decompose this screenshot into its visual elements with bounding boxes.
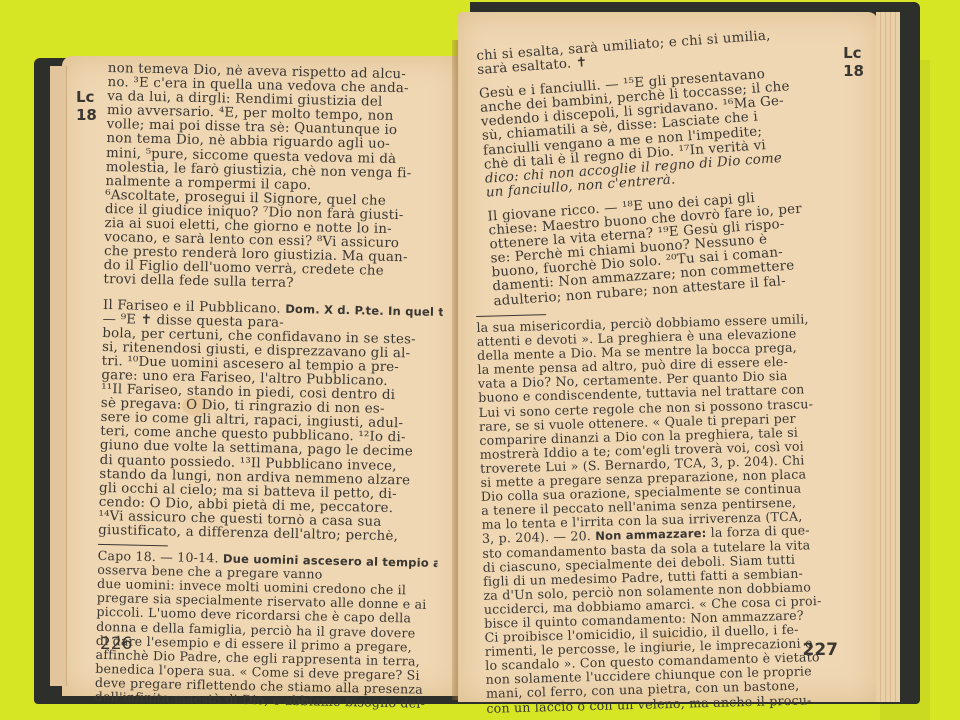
left-page-edges: [50, 66, 67, 686]
right-page-edges: [876, 12, 900, 702]
left-page: Lc 18 non temeva Dio, nè aveva rispetto …: [62, 56, 462, 696]
footnote-separator: [98, 544, 168, 546]
running-reference: Lc 18: [76, 88, 97, 124]
chapter-number: 18: [76, 106, 97, 124]
page-number: 226: [100, 634, 132, 654]
footnote-separator: [476, 314, 546, 317]
right-page: Lc 18 chi si esalta, sarà umiliato; e ch…: [458, 12, 878, 702]
right-page-text-top: chi si esalta, sarà umiliato; e chi si u…: [476, 24, 865, 309]
right-page-footnotes: la sua misericordia, perciò dobbiamo ess…: [476, 300, 858, 715]
left-page-text: non temeva Dio, nè aveva rispetto ad alc…: [95, 62, 448, 711]
page-number: 227: [803, 640, 839, 660]
book-ref: Lc: [76, 88, 97, 106]
